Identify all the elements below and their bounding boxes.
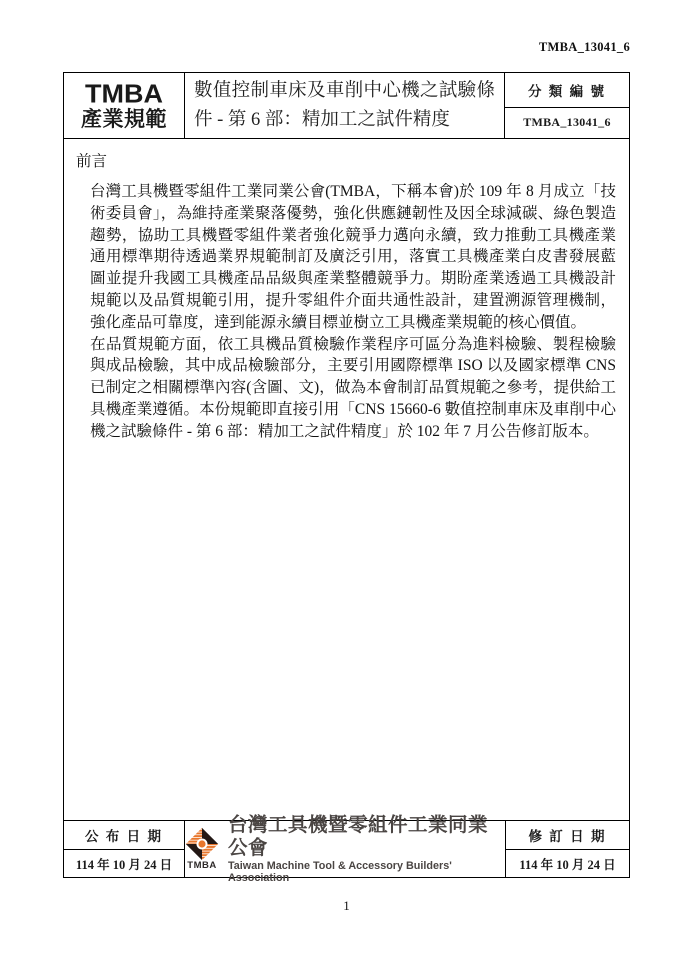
classification-code: TMBA_13041_6: [505, 108, 629, 138]
document-title-text: 數值控制車床及車削中心機之試驗條件 - 第 6 部：精加工之試件精度: [194, 77, 495, 134]
foreword-paragraph-1: 台灣工具機暨零組件工業同業公會(TMBA，下稱本會)於 109 年 8 月成立「…: [90, 181, 616, 334]
tmba-logo-acronym: TMBA: [85, 82, 163, 108]
document-code-top-right: TMBA_13041_6: [539, 40, 630, 55]
header-table: TMBA 產業規範 數值控制車床及車削中心機之試驗條件 - 第 6 部：精加工之…: [64, 73, 629, 139]
publish-date-value: 114 年 10 月 24 日: [64, 850, 184, 877]
document-body: 前言 台灣工具機暨零組件工業同業公會(TMBA，下稱本會)於 109 年 8 月…: [64, 139, 629, 820]
document-frame: TMBA 產業規範 數值控制車床及車削中心機之試驗條件 - 第 6 部：精加工之…: [63, 72, 630, 878]
revision-date-cell: 修 訂 日 期 114 年 10 月 24 日: [505, 821, 629, 877]
document-title: 數值控制車床及車削中心機之試驗條件 - 第 6 部：精加工之試件精度: [185, 73, 505, 138]
classification-cell: 分 類 編 號 TMBA_13041_6: [505, 73, 629, 138]
tmba-logo-subtitle: 產業規範: [81, 109, 167, 130]
publish-date-cell: 公 布 日 期 114 年 10 月 24 日: [64, 821, 185, 877]
classification-label: 分 類 編 號: [505, 73, 629, 108]
foreword-paragraph-2: 在品質規範方面，依工具機品質檢驗作業程序可區分為進料檢驗、製程檢驗與成品檢驗，其…: [90, 334, 616, 443]
tmba-spec-logo: TMBA 產業規範: [64, 73, 185, 138]
revision-date-value: 114 年 10 月 24 日: [506, 850, 629, 877]
tmba-diamond-logo-icon: [185, 827, 219, 861]
tmba-diamond-logo: TMBA: [185, 827, 219, 871]
association-names: 台灣工具機暨零組件工業同業公會 Taiwan Machine Tool & Ac…: [228, 814, 505, 884]
revision-date-label: 修 訂 日 期: [506, 821, 629, 850]
association-cell: TMBA 台灣工具機暨零組件工業同業公會 Taiwan Machine Tool…: [185, 821, 505, 877]
association-name-zh: 台灣工具機暨零組件工業同業公會: [228, 814, 505, 859]
tmba-logo-text: TMBA: [187, 860, 216, 871]
page-number: 1: [63, 898, 630, 914]
section-heading-foreword: 前言: [76, 149, 616, 171]
publish-date-label: 公 布 日 期: [64, 821, 184, 850]
association-name-en: Taiwan Machine Tool & Accessory Builders…: [228, 860, 505, 884]
footer-table: 公 布 日 期 114 年 10 月 24 日: [64, 820, 629, 877]
